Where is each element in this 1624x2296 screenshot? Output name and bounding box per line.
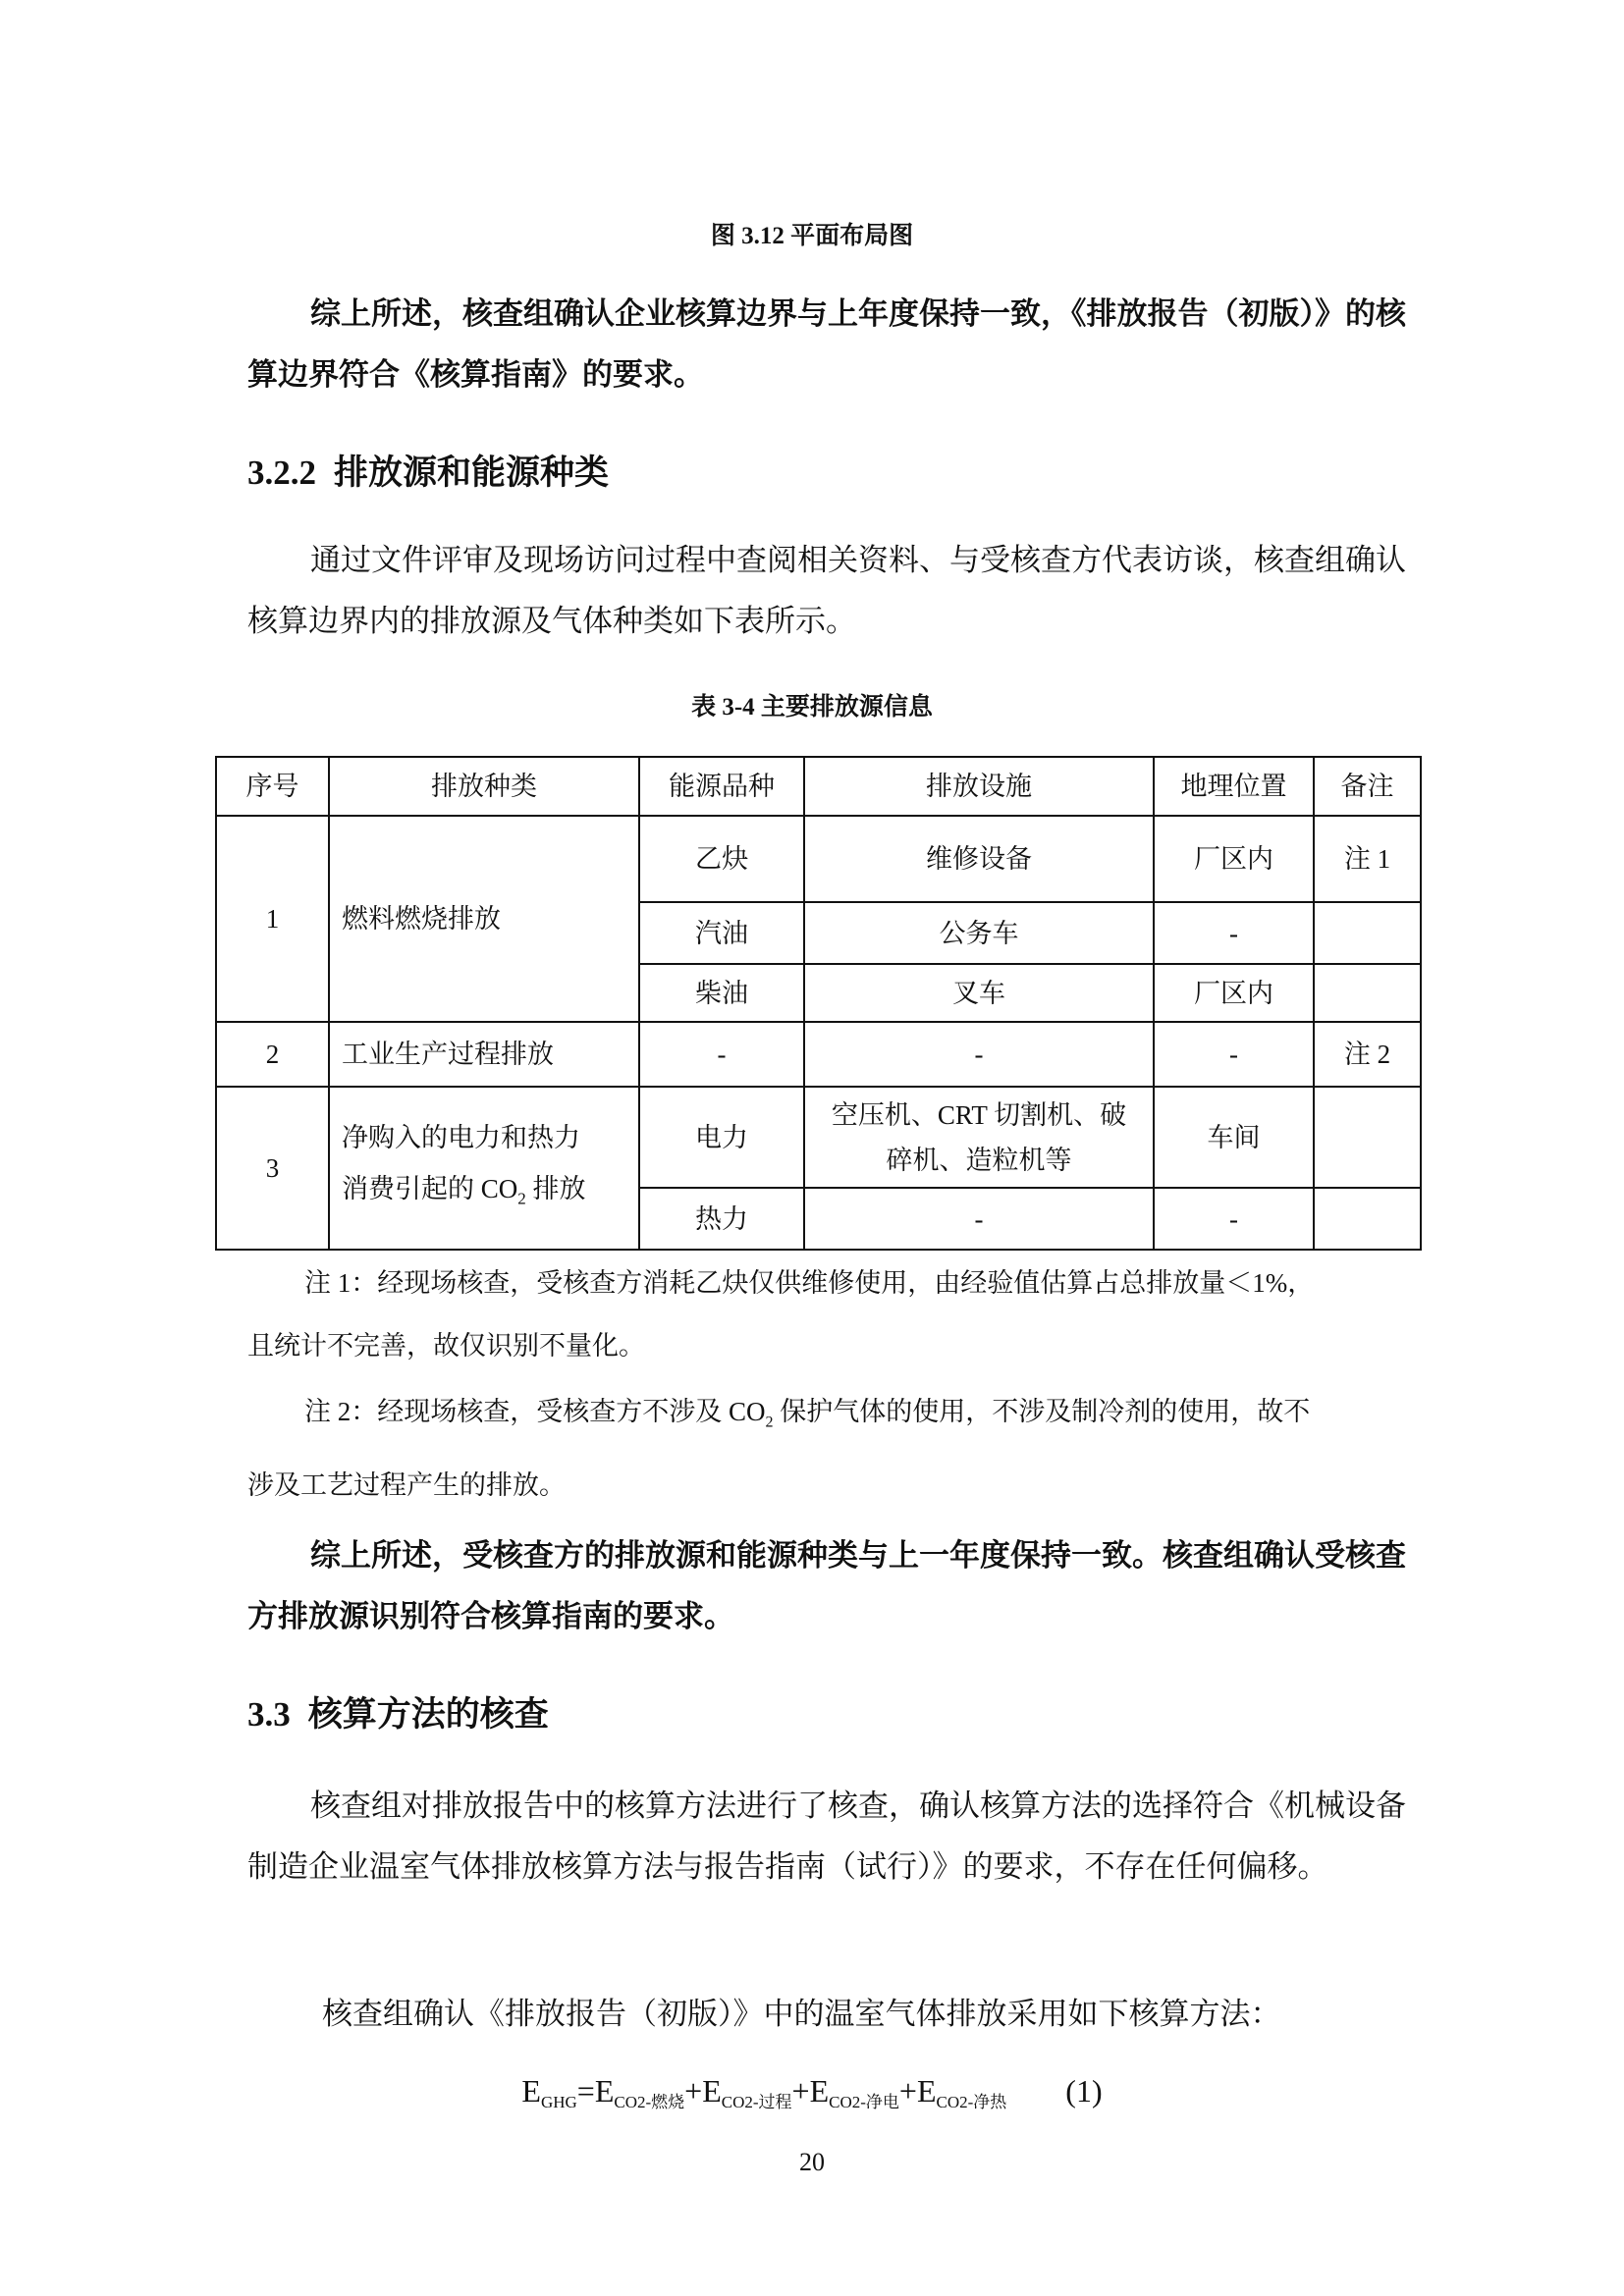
facility: 空压机、CRT 切割机、破 碎机、造粒机等 xyxy=(804,1087,1154,1188)
table-row: 3 净购入的电力和热力 消费引起的 CO2 排放 电力 空压机、CRT 切割机、… xyxy=(216,1087,1421,1188)
remark xyxy=(1314,1087,1421,1188)
remark: 注 1 xyxy=(1314,816,1421,902)
summary-paragraph-2: 综上所述，受核查方的排放源和能源种类与上一年度保持一致。核查组确认受核查方排放源… xyxy=(247,1525,1421,1647)
remark xyxy=(1314,964,1421,1022)
subscript: 2 xyxy=(766,1414,774,1430)
formula-subscript: CO2-净热 xyxy=(937,2093,1007,2111)
energy-type: 电力 xyxy=(639,1087,804,1188)
intro-paragraph-3-2-2: 通过文件评审及现场访问过程中查阅相关资料、与受核查方代表访谈，核查组确认核算边界… xyxy=(247,530,1421,652)
emission-type: 工业生产过程排放 xyxy=(329,1022,639,1087)
location: - xyxy=(1154,902,1314,964)
formula-subscript: GHG xyxy=(541,2093,577,2111)
location: 车间 xyxy=(1154,1087,1314,1188)
table-header-row: 序号 排放种类 能源品种 排放设施 地理位置 备注 xyxy=(216,757,1421,816)
equation-number: (1) xyxy=(1065,2073,1102,2109)
emission-formula: EGHG=ECO2-燃烧+ECO2-过程+ECO2-净电+ECO2-净热(1) xyxy=(0,2073,1624,2112)
note-2-line: 涉及工艺过程产生的排放。 xyxy=(247,1470,566,1500)
section-heading-3-3: 3.3核算方法的核查 xyxy=(247,1687,549,1736)
emission-type-line: 消费引起的 CO xyxy=(342,1174,517,1203)
facility-line: 空压机、CRT 切割机、破 xyxy=(832,1100,1126,1130)
header-cell: 备注 xyxy=(1314,757,1421,816)
location: 厂区内 xyxy=(1154,964,1314,1022)
summary-paragraph-1: 综上所述，核查组确认企业核算边界与上年度保持一致，《排放报告（初版）》的核算边界… xyxy=(247,284,1421,405)
row-number: 3 xyxy=(216,1087,329,1250)
table-row: 1 燃料燃烧排放 乙炔 维修设备 厂区内 注 1 xyxy=(216,816,1421,902)
method-paragraph: 核查组对排放报告中的核算方法进行了核查，确认核算方法的选择符合《机械设备制造企业… xyxy=(247,1776,1421,1897)
method-intro-paragraph: 核查组确认《排放报告（初版）》中的温室气体排放采用如下核算方法： xyxy=(247,1984,1421,2045)
formula-term: +E xyxy=(684,2073,722,2109)
remark xyxy=(1314,1188,1421,1250)
table-row: 2 工业生产过程排放 - - - 注 2 xyxy=(216,1022,1421,1087)
location: 厂区内 xyxy=(1154,816,1314,902)
formula-subscript: CO2-过程 xyxy=(722,2093,792,2111)
energy-type: 乙炔 xyxy=(639,816,804,902)
note-1-line: 且统计不完善，故仅识别不量化。 xyxy=(247,1331,645,1361)
energy-type: 热力 xyxy=(639,1188,804,1250)
table-caption: 表 3-4 主要排放源信息 xyxy=(0,687,1624,722)
emission-type: 燃料燃烧排放 xyxy=(329,816,639,1022)
header-cell: 序号 xyxy=(216,757,329,816)
emission-type-line: 净购入的电力和热力 xyxy=(342,1123,580,1152)
emission-type: 净购入的电力和热力 消费引起的 CO2 排放 xyxy=(329,1087,639,1250)
remark xyxy=(1314,902,1421,964)
facility: 维修设备 xyxy=(804,816,1154,902)
facility: - xyxy=(804,1022,1154,1087)
page-number: 20 xyxy=(0,2148,1624,2177)
note-2-line: 保护气体的使用，不涉及制冷剂的使用，故不 xyxy=(774,1397,1311,1426)
note-1-line: 注 1：经现场核查，受核查方消耗乙炔仅供维修使用，由经验值估算占总排放量＜1%， xyxy=(304,1268,1314,1298)
emission-type-line: 排放 xyxy=(526,1174,586,1203)
location: - xyxy=(1154,1188,1314,1250)
formula-term: E xyxy=(521,2073,541,2109)
subscript: 2 xyxy=(517,1189,526,1207)
row-number: 1 xyxy=(216,816,329,1022)
row-number: 2 xyxy=(216,1022,329,1087)
formula-term: E xyxy=(595,2073,615,2109)
section-heading-3-2-2: 3.2.2排放源和能源种类 xyxy=(247,446,609,495)
emission-source-table: 序号 排放种类 能源品种 排放设施 地理位置 备注 1 燃料燃烧排放 乙炔 维修… xyxy=(215,756,1422,1251)
remark: 注 2 xyxy=(1314,1022,1421,1087)
formula-subscript: CO2-燃烧 xyxy=(614,2093,684,2111)
note-1: 注 1：经现场核查，受核查方消耗乙炔仅供维修使用，由经验值估算占总排放量＜1%，… xyxy=(247,1252,1421,1377)
energy-type: 汽油 xyxy=(639,902,804,964)
header-cell: 地理位置 xyxy=(1154,757,1314,816)
figure-caption: 图 3.12 平面布局图 xyxy=(0,216,1624,251)
energy-type: 柴油 xyxy=(639,964,804,1022)
facility: 叉车 xyxy=(804,964,1154,1022)
formula-term: +E xyxy=(899,2073,937,2109)
header-cell: 能源品种 xyxy=(639,757,804,816)
facility: - xyxy=(804,1188,1154,1250)
formula-operator: = xyxy=(577,2073,595,2109)
header-cell: 排放设施 xyxy=(804,757,1154,816)
note-2-line: 注 2：经现场核查，受核查方不涉及 CO xyxy=(304,1397,766,1426)
facility: 公务车 xyxy=(804,902,1154,964)
formula-term: +E xyxy=(792,2073,830,2109)
note-2: 注 2：经现场核查，受核查方不涉及 CO2 保护气体的使用，不涉及制冷剂的使用，… xyxy=(247,1380,1421,1517)
formula-subscript: CO2-净电 xyxy=(829,2093,899,2111)
facility-line: 碎机、造粒机等 xyxy=(887,1146,1072,1175)
header-cell: 排放种类 xyxy=(329,757,639,816)
energy-type: - xyxy=(639,1022,804,1087)
location: - xyxy=(1154,1022,1314,1087)
